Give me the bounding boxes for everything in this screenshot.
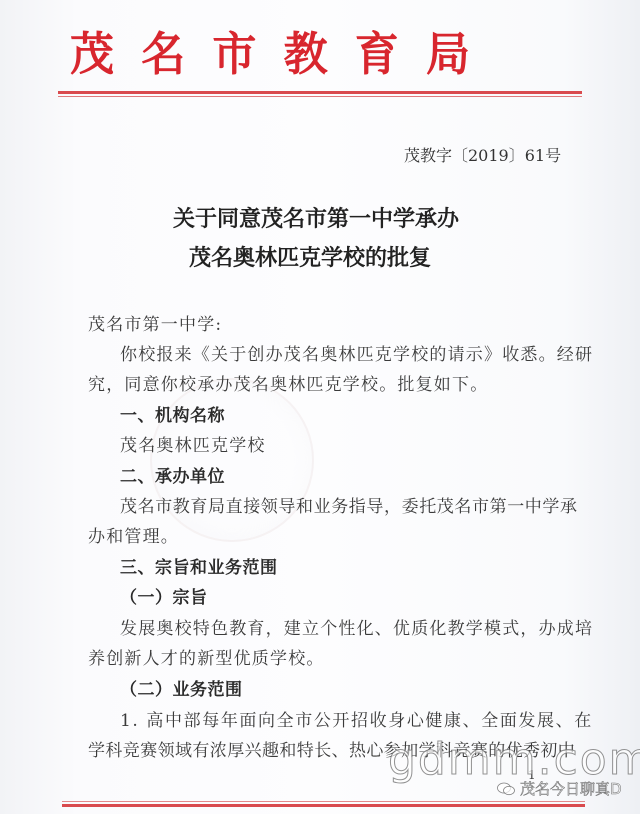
section-heading-2: 二、承办单位 <box>120 462 225 487</box>
section-heading-3: 三、宗旨和业务范围 <box>120 553 278 578</box>
section-heading-1: 一、机构名称 <box>120 401 225 426</box>
masthead-divider <box>58 91 582 98</box>
masthead-char: 局 <box>426 16 470 83</box>
masthead-char: 名 <box>141 16 185 83</box>
paragraph-line: 你校报来《关于创办茂名奥林匹克学校的请示》收悉。经研 <box>120 340 593 365</box>
divider-thick-line <box>62 804 585 807</box>
paragraph-line: 发展奥校特色教育，建立个性化、优质化教学模式，办成培 <box>120 614 593 639</box>
watermark-account: 茂名今日聊真D <box>496 778 622 799</box>
document-title-line-1: 关于同意茂名市第一中学承办 <box>0 202 636 233</box>
masthead-char: 教 <box>284 16 328 83</box>
masthead-char: 育 <box>355 16 399 83</box>
paragraph-line: 办和管理。 <box>88 522 179 547</box>
masthead-char: 市 <box>212 16 256 83</box>
footer-divider <box>62 801 585 809</box>
wechat-icon <box>496 782 516 796</box>
divider-thin-line <box>62 801 585 802</box>
paragraph-line: 茂名市教育局直接领导和业务指导，委托茂名市第一中学承 <box>120 492 578 517</box>
salutation: 茂名市第一中学: <box>88 310 222 335</box>
divider-thin-line <box>58 96 582 97</box>
masthead-title: 茂 名 市 教 育 局 <box>70 22 470 78</box>
subsection-heading-purpose: （一）宗旨 <box>120 583 208 608</box>
divider-thick-line <box>58 91 582 94</box>
document-number: 茂教字〔2019〕61号 <box>404 143 561 166</box>
paragraph-line: 1. 高中部每年面向全市公开招收身心健康、全面发展、在 <box>120 706 593 731</box>
subsection-heading-scope: （二）业务范围 <box>120 675 243 700</box>
paragraph-line: 究，同意你校承办茂名奥林匹克学校。批复如下。 <box>88 370 488 395</box>
watermark-account-name: 茂名今日聊真D <box>520 778 622 799</box>
document-page: 茂 名 市 教 育 局 茂教字〔2019〕61号 关于同意茂名市第一中学承办 茂… <box>0 0 640 814</box>
paragraph-line: 茂名奥林匹克学校 <box>120 431 266 456</box>
masthead-char: 茂 <box>70 16 114 83</box>
paragraph-line: 养创新人才的新型优质学校。 <box>88 644 325 669</box>
document-title-line-2: 茂名奥林匹克学校的批复 <box>0 241 630 272</box>
